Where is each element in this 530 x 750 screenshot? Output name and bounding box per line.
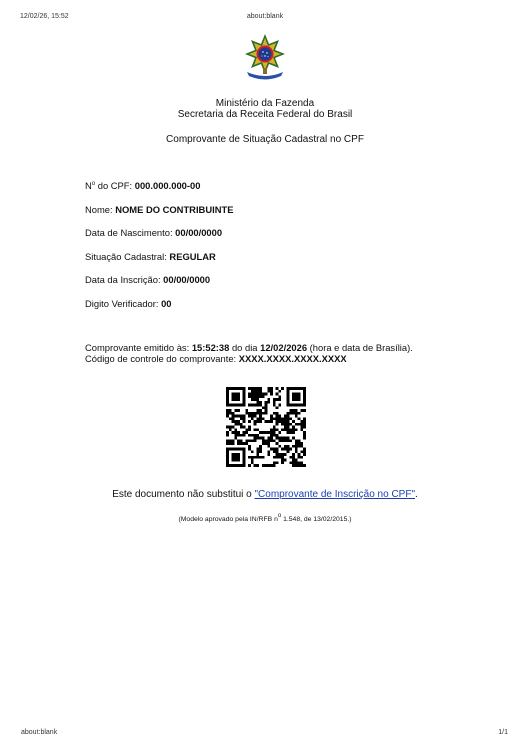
birth-date-field: Data de Nascimento: 00/00/0000 — [85, 227, 233, 251]
check-digit-field: Digito Verificador: 00 — [85, 298, 233, 322]
birth-date-value: 00/00/0000 — [175, 227, 222, 238]
print-title: about:blank — [0, 13, 530, 20]
emission-date: 12/02/2026 — [260, 342, 307, 353]
emission-info: Comprovante emitido às: 15:52:38 do dia … — [85, 342, 413, 364]
name-field: Nome: NOME DO CONTRIBUINTE — [85, 204, 233, 228]
check-digit-value: 00 — [161, 298, 171, 309]
name-value: NOME DO CONTRIBUINTE — [115, 204, 233, 215]
emission-prefix: Comprovante emitido às: — [85, 342, 192, 353]
taxpayer-fields: No do CPF: 000.000.000-00 Nome: NOME DO … — [85, 180, 233, 321]
emission-line: Comprovante emitido às: 15:52:38 do dia … — [85, 342, 413, 353]
emission-time: 15:52:38 — [192, 342, 230, 353]
qr-code-icon — [226, 387, 306, 467]
registration-date-label: Data da Inscrição: — [85, 274, 163, 285]
disclaimer-suffix: . — [415, 489, 418, 500]
inscription-proof-link[interactable]: "Comprovante de Inscrição no CPF" — [255, 489, 416, 500]
check-digit-label: Digito Verificador: — [85, 298, 161, 309]
document-title: Comprovante de Situação Cadastral no CPF — [0, 134, 530, 145]
model-note-prefix: (Modelo aprovado pela IN/RFB n — [178, 516, 277, 523]
registration-date-field: Data da Inscrição: 00/00/0000 — [85, 274, 233, 298]
status-field: Situação Cadastral: REGULAR — [85, 251, 233, 275]
print-footer-url: about:blank — [21, 729, 57, 736]
secretariat-name: Secretaria da Receita Federal do Brasil — [0, 109, 530, 120]
control-code-line: Código de controle do comprovante: XXXX.… — [85, 353, 413, 364]
disclaimer-text: Este documento não substitui o — [112, 489, 254, 500]
cpf-value: 000.000.000-00 — [135, 180, 201, 191]
cpf-field: No do CPF: 000.000.000-00 — [85, 180, 233, 204]
page-number: 1/1 — [498, 729, 508, 736]
disclaimer: Este documento não substitui o "Comprova… — [0, 489, 530, 500]
emission-middle: do dia — [229, 342, 260, 353]
brazil-coat-of-arms-icon — [241, 32, 289, 82]
control-code-value: XXXX.XXXX.XXXX.XXXX — [239, 353, 347, 364]
emission-suffix: (hora e data de Brasília). — [307, 342, 413, 353]
cpf-label-suffix: do CPF: — [95, 180, 135, 191]
name-label: Nome: — [85, 204, 115, 215]
registration-date-value: 00/00/0000 — [163, 274, 210, 285]
document-header: Ministério da Fazenda Secretaria da Rece… — [0, 98, 530, 145]
cpf-label-prefix: N — [85, 180, 92, 191]
control-code-label: Código de controle do comprovante: — [85, 353, 239, 364]
ministry-name: Ministério da Fazenda — [0, 98, 530, 109]
model-note: (Modelo aprovado pela IN/RFB no 1.548, d… — [0, 516, 530, 523]
birth-date-label: Data de Nascimento: — [85, 227, 175, 238]
status-label: Situação Cadastral: — [85, 251, 169, 262]
model-note-suffix: 1.548, de 13/02/2015.) — [281, 516, 351, 523]
status-value: REGULAR — [169, 251, 215, 262]
